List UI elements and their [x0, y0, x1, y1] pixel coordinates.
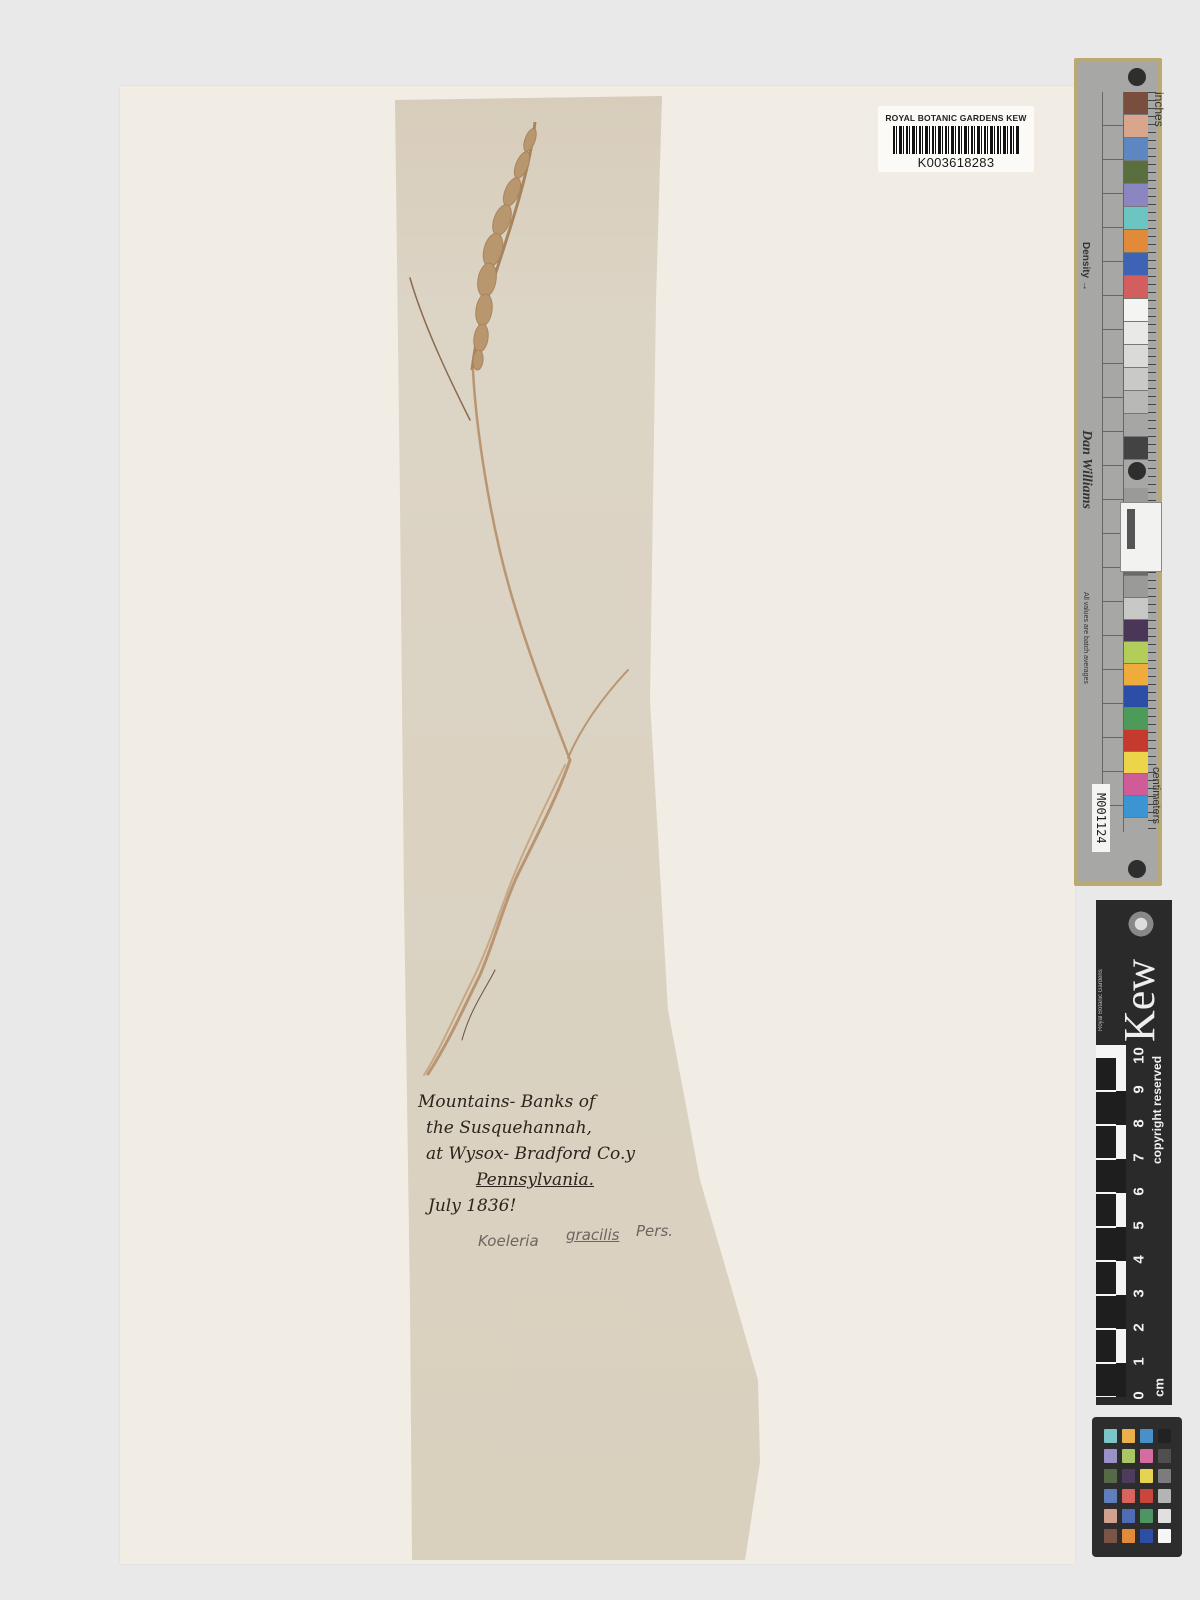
- color-checker-cell: [1140, 1489, 1153, 1503]
- color-patch: [1124, 686, 1148, 708]
- copyright-text: copyright reserved: [1150, 1045, 1170, 1175]
- cm-number: 10: [1131, 1045, 1148, 1067]
- ruler-id: M001124: [1092, 784, 1110, 852]
- color-checker-cell: [1122, 1469, 1135, 1483]
- color-checker-cell: [1104, 1509, 1117, 1523]
- density-table: [1102, 92, 1124, 832]
- color-patch: [1124, 115, 1148, 138]
- color-patch: [1124, 598, 1148, 620]
- cm-number: 6: [1131, 1181, 1148, 1203]
- specimen-strip: [0, 0, 1200, 1600]
- color-patch: [1124, 620, 1148, 642]
- color-patch: [1124, 299, 1148, 322]
- color-patch: [1124, 276, 1148, 299]
- ruler-ticks: [1148, 92, 1156, 832]
- color-checker-cell: [1158, 1529, 1171, 1543]
- color-patches: [1124, 92, 1148, 818]
- barcode-number: K003618283: [878, 155, 1034, 170]
- kew-logo: Kew: [1110, 950, 1170, 1050]
- cm-number: 7: [1131, 1147, 1148, 1169]
- color-patch: [1124, 207, 1148, 230]
- locality-line-4: Pennsylvania.: [476, 1170, 594, 1190]
- color-checker-cell: [1122, 1529, 1135, 1543]
- determination-epithet: gracilis: [566, 1226, 619, 1244]
- color-checker-cell: [1122, 1449, 1135, 1463]
- color-checker-cell: [1140, 1429, 1153, 1443]
- color-patch: [1124, 391, 1148, 414]
- color-checker-cell: [1104, 1429, 1117, 1443]
- collection-date: July 1836!: [428, 1196, 516, 1216]
- ruler-hole-icon: [1128, 68, 1146, 86]
- color-checker-cell: [1140, 1449, 1153, 1463]
- color-patch: [1124, 161, 1148, 184]
- color-checker-cell: [1158, 1429, 1171, 1443]
- color-checker-cell: [1104, 1469, 1117, 1483]
- color-patch: [1124, 414, 1148, 437]
- color-checker-cell: [1104, 1449, 1117, 1463]
- kew-scale-bar: Kew Royal Botanic Gardens 012345678910 c…: [1096, 900, 1172, 1405]
- color-checker-cell: [1122, 1429, 1135, 1443]
- paper-strip: [395, 96, 760, 1560]
- color-checker-cell: [1140, 1529, 1153, 1543]
- density-label: Density →: [1080, 242, 1091, 291]
- cm-number: 2: [1131, 1317, 1148, 1339]
- determination-author: Pers.: [636, 1222, 673, 1240]
- cm-number: 3: [1131, 1283, 1148, 1305]
- color-checker-card: [1092, 1417, 1182, 1557]
- color-ruler: inches Density → Dan Williams All values…: [1074, 58, 1162, 886]
- inches-label: inches: [1152, 92, 1166, 127]
- color-checker-cell: [1104, 1529, 1117, 1543]
- color-patch: [1124, 708, 1148, 730]
- brand-label: Dan Williams: [1078, 430, 1094, 509]
- color-checker-cell: [1158, 1509, 1171, 1523]
- cm-number: 9: [1131, 1079, 1148, 1101]
- color-checker-cell: [1158, 1489, 1171, 1503]
- centimeters-label: centimeters: [1150, 767, 1162, 824]
- batch-note: All values are batch averages: [1082, 592, 1089, 684]
- color-patch: [1124, 437, 1148, 460]
- color-patch: [1124, 138, 1148, 161]
- locality-line-2: the Susquehannah,: [426, 1118, 592, 1138]
- color-patch: [1124, 664, 1148, 686]
- gray-scale-card: [1120, 502, 1162, 572]
- color-checker-cell: [1158, 1449, 1171, 1463]
- color-patch: [1124, 774, 1148, 796]
- color-checker-cell: [1140, 1509, 1153, 1523]
- cm-number: 4: [1131, 1249, 1148, 1271]
- color-checker-cell: [1140, 1469, 1153, 1483]
- color-patch: [1124, 730, 1148, 752]
- cm-number: 5: [1131, 1215, 1148, 1237]
- color-patch: [1124, 368, 1148, 391]
- color-patch: [1124, 642, 1148, 664]
- determination-genus: Koeleria: [478, 1232, 539, 1250]
- color-patch: [1124, 752, 1148, 774]
- cm-number: 8: [1131, 1113, 1148, 1135]
- kew-crest-icon: [1126, 910, 1156, 938]
- cm-scale-bar: [1096, 1045, 1126, 1397]
- color-patch: [1124, 230, 1148, 253]
- color-patch: [1124, 345, 1148, 368]
- cm-scale-numbers: 012345678910: [1128, 1045, 1150, 1397]
- color-patch: [1124, 253, 1148, 276]
- color-checker-cell: [1104, 1489, 1117, 1503]
- color-patch: [1124, 576, 1148, 598]
- color-patch: [1124, 184, 1148, 207]
- color-patch: [1124, 322, 1148, 345]
- barcode-label: ROYAL BOTANIC GARDENS KEW K003618283: [878, 106, 1034, 172]
- color-checker-cell: [1122, 1509, 1135, 1523]
- locality-line-3: at Wysox- Bradford Co.y: [426, 1144, 635, 1164]
- color-patch: [1124, 796, 1148, 818]
- institution-name: ROYAL BOTANIC GARDENS KEW: [878, 113, 1034, 123]
- color-checker-grid: [1104, 1429, 1171, 1543]
- kew-logo-subtext: Royal Botanic Gardens: [1098, 950, 1110, 1050]
- color-checker-cell: [1158, 1469, 1171, 1483]
- cm-unit-label: cm: [1152, 1377, 1167, 1399]
- color-checker-cell: [1122, 1489, 1135, 1503]
- barcode-icon: [893, 126, 1019, 154]
- cm-number: 0: [1131, 1385, 1148, 1407]
- ruler-hole-icon: [1128, 860, 1146, 878]
- locality-line-1: Mountains- Banks of: [418, 1092, 595, 1112]
- cm-number: 1: [1131, 1351, 1148, 1373]
- color-patch: [1124, 92, 1148, 115]
